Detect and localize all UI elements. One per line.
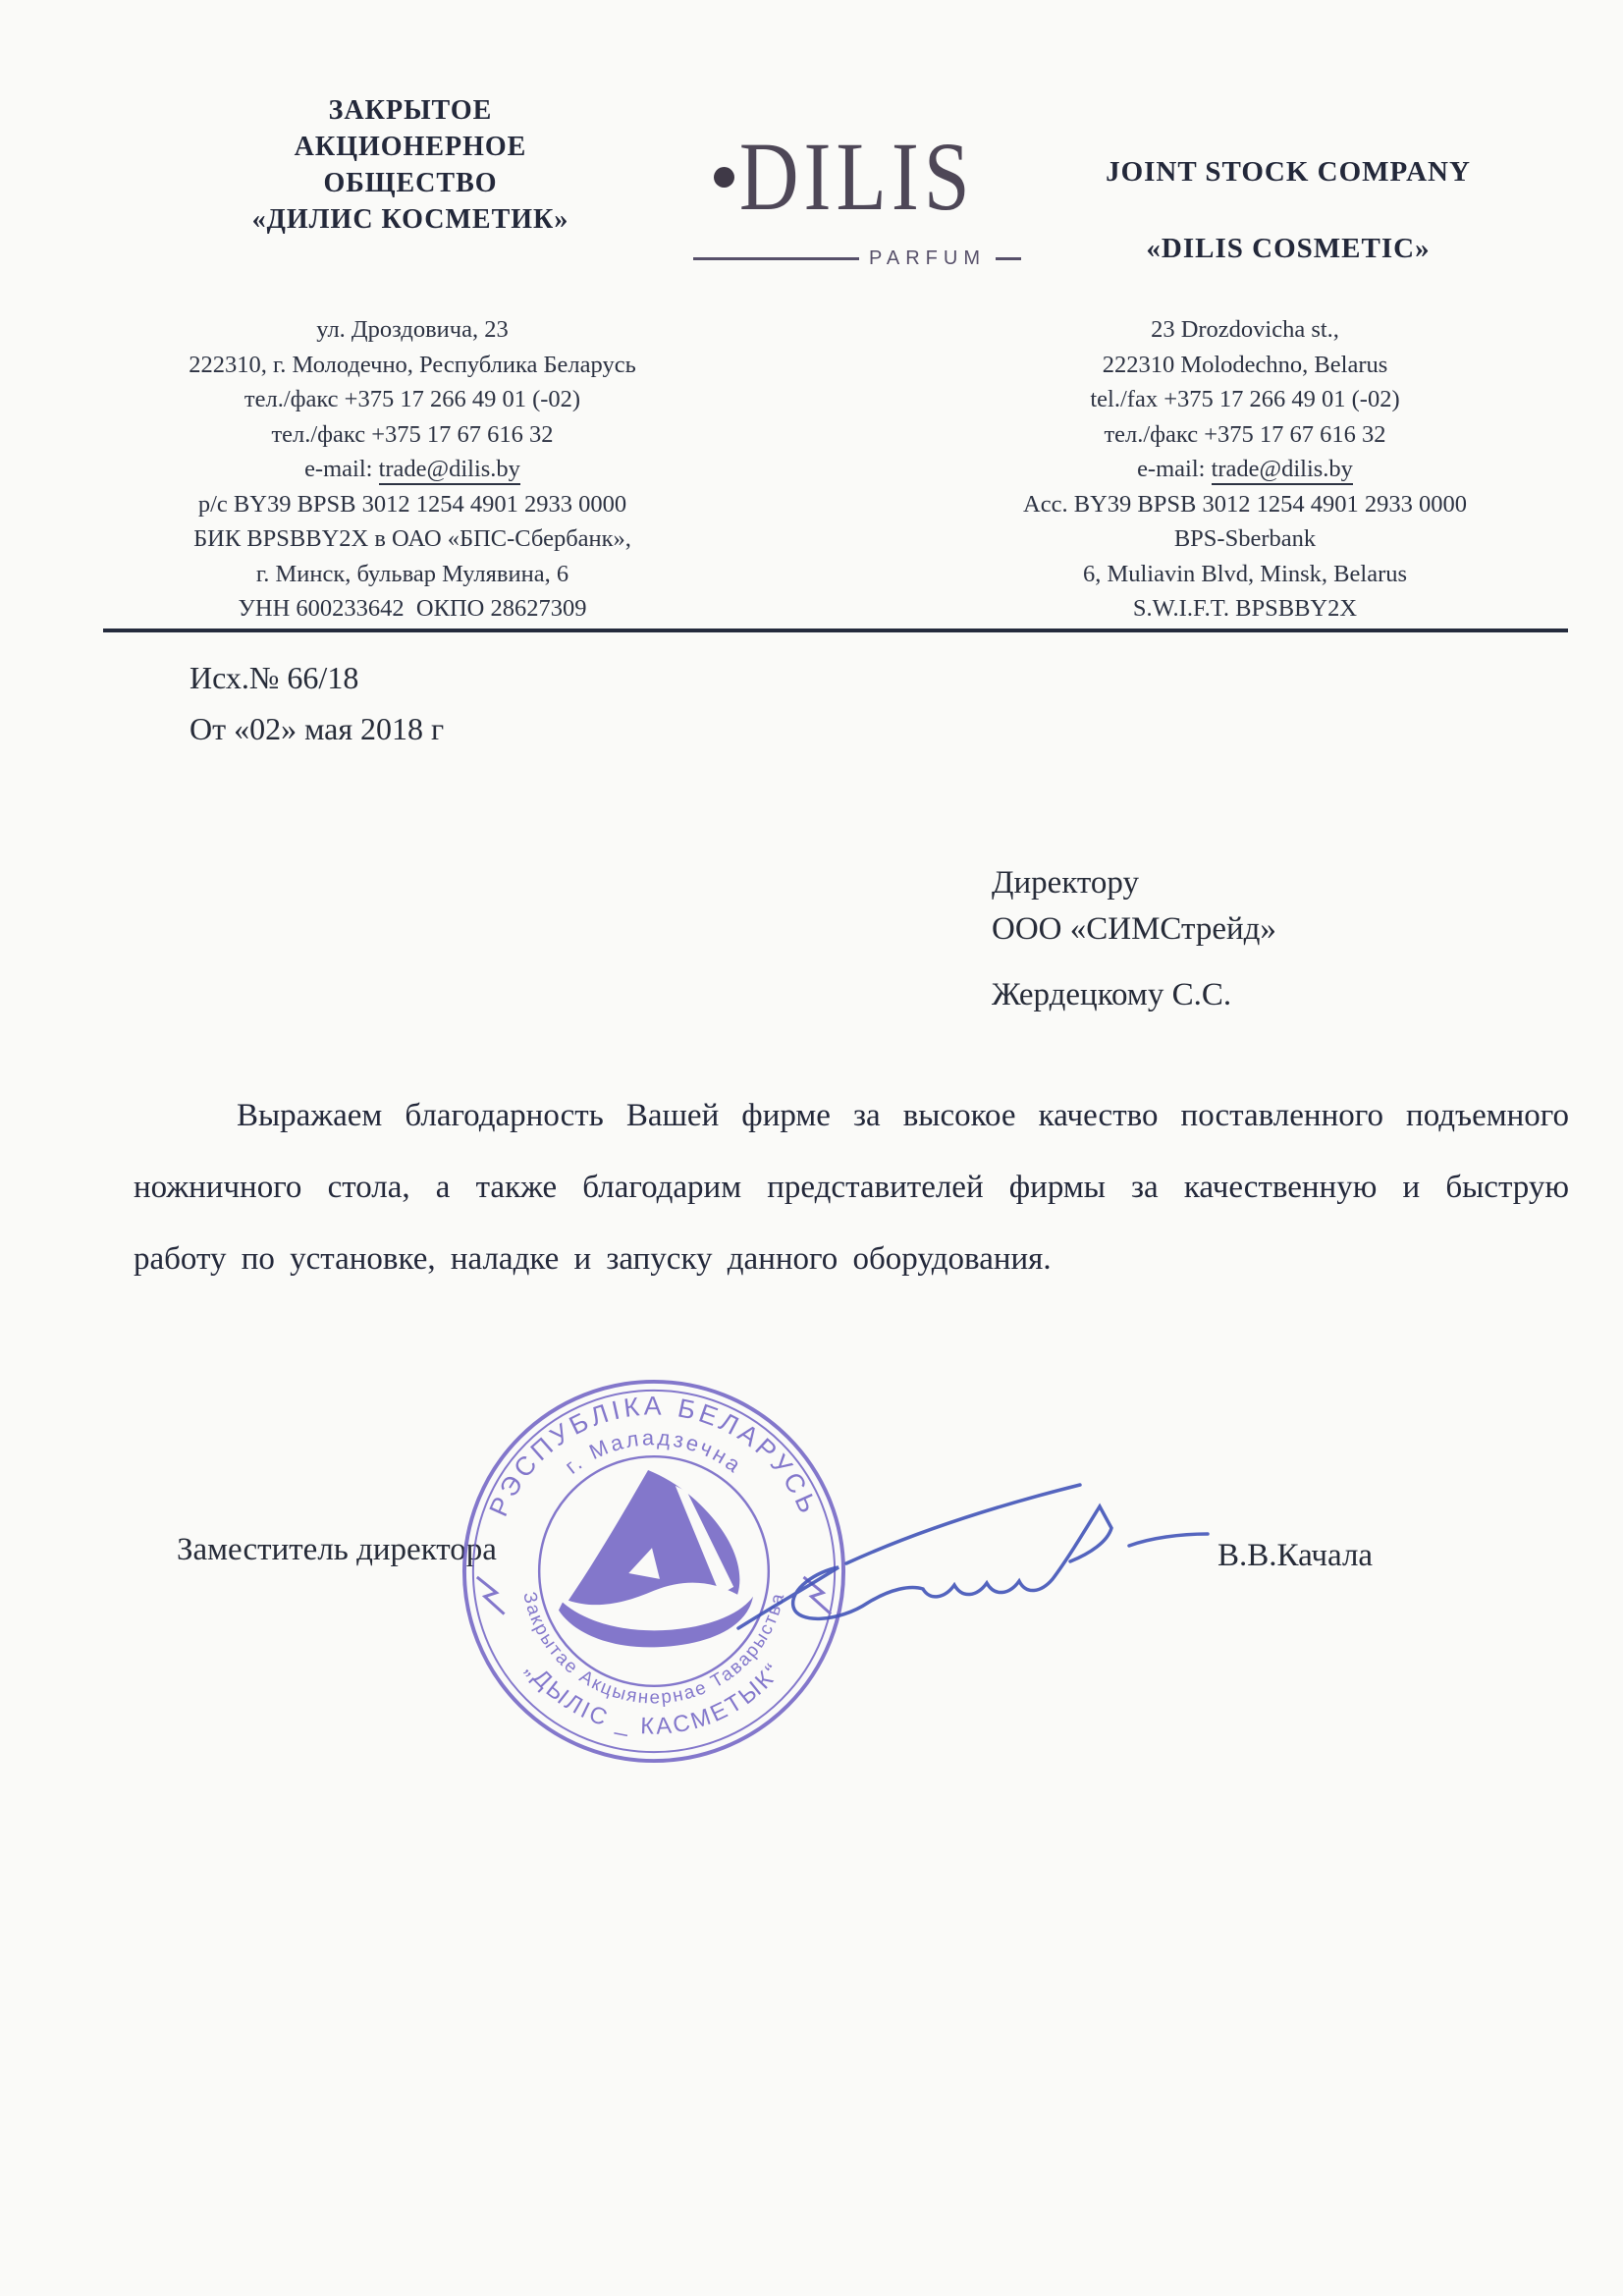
email-line: e-mail: trade@dilis.by [911, 452, 1579, 487]
address-line: BPS-Sberbank [911, 521, 1579, 557]
address-line: ул. Дроздовича, 23 [98, 312, 727, 348]
email-address-en: trade@dilis.by [1212, 456, 1353, 485]
dilis-logo: DILIS [687, 126, 1027, 228]
handwritten-signature [729, 1442, 1224, 1650]
stamp-left-zigzag-mark [477, 1577, 505, 1614]
address-line: тел./факс +375 17 67 616 32 [911, 417, 1579, 453]
address-block-en: 23 Drozdovicha st., 222310 Molodechno, B… [911, 312, 1579, 627]
email-address-ru: trade@dilis.by [379, 456, 520, 485]
addressee-person: Жердецкому С.С. [992, 972, 1276, 1018]
signature-main-stroke [738, 1506, 1111, 1628]
company-name-ru-line: АКЦИОНЕРНОЕ [116, 129, 705, 165]
company-name-ru-line: ЗАКРЫТОЕ [116, 92, 705, 129]
outgoing-number: Исх.№ 66/18 [189, 660, 358, 696]
signature-top-flourish [846, 1485, 1080, 1563]
logo-wordmark: DILIS [739, 126, 975, 228]
addressee-position: Директору [992, 860, 1276, 906]
email-label: e-mail: [1137, 456, 1205, 482]
address-block-ru: ул. Дроздовича, 23 222310, г. Молодечно,… [98, 312, 727, 627]
address-line: tel./fax +375 17 266 49 01 (-02) [911, 382, 1579, 417]
company-name-ru-line: «ДИЛИС КОСМЕТИК» [116, 201, 705, 238]
logo-rule-line [693, 257, 859, 260]
letter-date: От «02» мая 2018 г [189, 711, 444, 747]
address-line: 222310 Molodechno, Belarus [911, 348, 1579, 383]
logo-dot-icon [714, 167, 734, 188]
address-line: УНН 600233642 ОКПО 28627309 [98, 591, 727, 627]
stamp-center-emblem [559, 1470, 753, 1647]
signature-end-dash [1129, 1534, 1208, 1546]
letterhead-divider-rule [103, 629, 1568, 632]
address-line: БИК BPSBBY2X в ОАО «БПС-Сбербанк», [98, 521, 727, 557]
company-name-en-line: JOINT STOCK COMPANY [1013, 155, 1563, 189]
addressee-company: ООО «СИМСтрейд» [992, 906, 1276, 953]
address-line: Acc. BY39 BPSB 3012 1254 4901 2933 0000 [911, 487, 1579, 522]
address-line: S.W.I.F.T. BPSBBY2X [911, 591, 1579, 627]
address-line: тел./факс +375 17 266 49 01 (-02) [98, 382, 727, 417]
email-line: e-mail: trade@dilis.by [98, 452, 727, 487]
address-line: 23 Drozdovicha st., [911, 312, 1579, 348]
addressee-block: Директору ООО «СИМСтрейд» Жердецкому С.С… [992, 860, 1276, 1018]
scanned-letter-page: { "letterhead": { "company_ru": { "lines… [0, 0, 1623, 2296]
address-line: тел./факс +375 17 67 616 32 [98, 417, 727, 453]
company-name-en: JOINT STOCK COMPANY «DILIS COSMETIC» [1013, 155, 1563, 265]
company-name-en-line: «DILIS COSMETIC» [1013, 232, 1563, 265]
logo-underline: PARFUM [693, 247, 1021, 270]
company-name-ru-line: ОБЩЕСТВО [116, 165, 705, 201]
address-line: г. Минск, бульвар Мулявина, 6 [98, 557, 727, 592]
address-line: 222310, г. Молодечно, Республика Беларус… [98, 348, 727, 383]
address-line: 6, Muliavin Blvd, Minsk, Belarus [911, 557, 1579, 592]
company-name-ru: ЗАКРЫТОЕ АКЦИОНЕРНОЕ ОБЩЕСТВО «ДИЛИС КОС… [116, 92, 705, 238]
signer-title: Заместитель директора [177, 1532, 497, 1568]
address-line: р/с BY39 BPSB 3012 1254 4901 2933 0000 [98, 487, 727, 522]
signer-name: В.В.Качала [1217, 1538, 1373, 1574]
logo-tagline: PARFUM [869, 247, 986, 270]
email-label: e-mail: [304, 456, 372, 482]
letter-body-paragraph: Выражаем благодарность Вашей фирме за вы… [134, 1080, 1569, 1295]
